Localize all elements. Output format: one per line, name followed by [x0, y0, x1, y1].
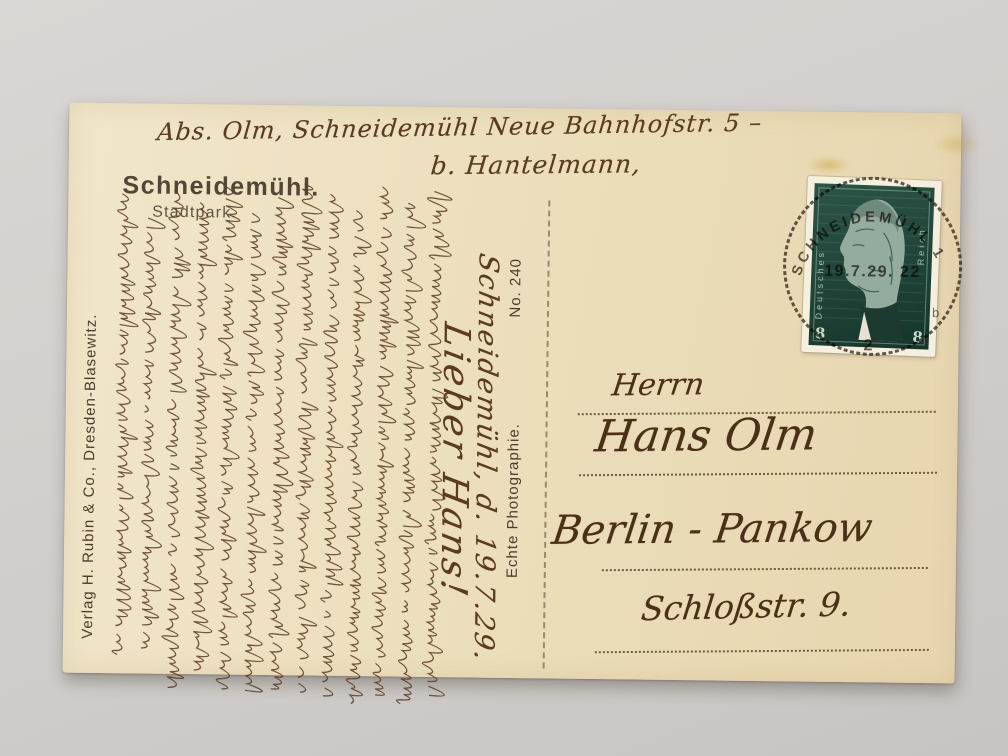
- paper-stain: [931, 133, 983, 156]
- handwritten-message: Schneidemühl, d. 19.7.29. Lieber Hans!: [108, 179, 504, 696]
- photo-type-label: Echte Photographie.: [504, 423, 524, 578]
- address-divider-line: [543, 200, 551, 668]
- postmark-letter: b: [932, 305, 939, 320]
- address-line-herrn: Herrn: [610, 367, 706, 403]
- address-ruled-line: [595, 649, 929, 653]
- address-ruled-line: [602, 567, 928, 571]
- address-ruled-line: [579, 472, 937, 476]
- card-number: No. 240: [507, 258, 526, 318]
- sender-note-line2: b. Hantelmann,: [429, 149, 642, 180]
- postmark: SCHNEIDEMÜHL 1 19.7.29. 22 2 b: [775, 169, 969, 363]
- publisher-imprint: Verlag H. Rubin & Co., Dresden-Blasewitz…: [79, 279, 101, 639]
- postmark-index: 2: [863, 337, 872, 354]
- address-line-name: Hans Olm: [592, 409, 820, 462]
- postmark-date: 19.7.29. 22: [824, 263, 921, 281]
- sender-note-line1: Abs. Olm, Schneidemühl Neue Bahnhofstr. …: [156, 109, 763, 147]
- postcard: Abs. Olm, Schneidemühl Neue Bahnhofstr. …: [63, 103, 962, 684]
- photo-type-imprint: Echte Photographie. No. 240: [504, 258, 526, 578]
- address-line-street: Schloßstr. 9.: [639, 584, 853, 628]
- address-line-city: Berlin - Pankow: [549, 505, 875, 554]
